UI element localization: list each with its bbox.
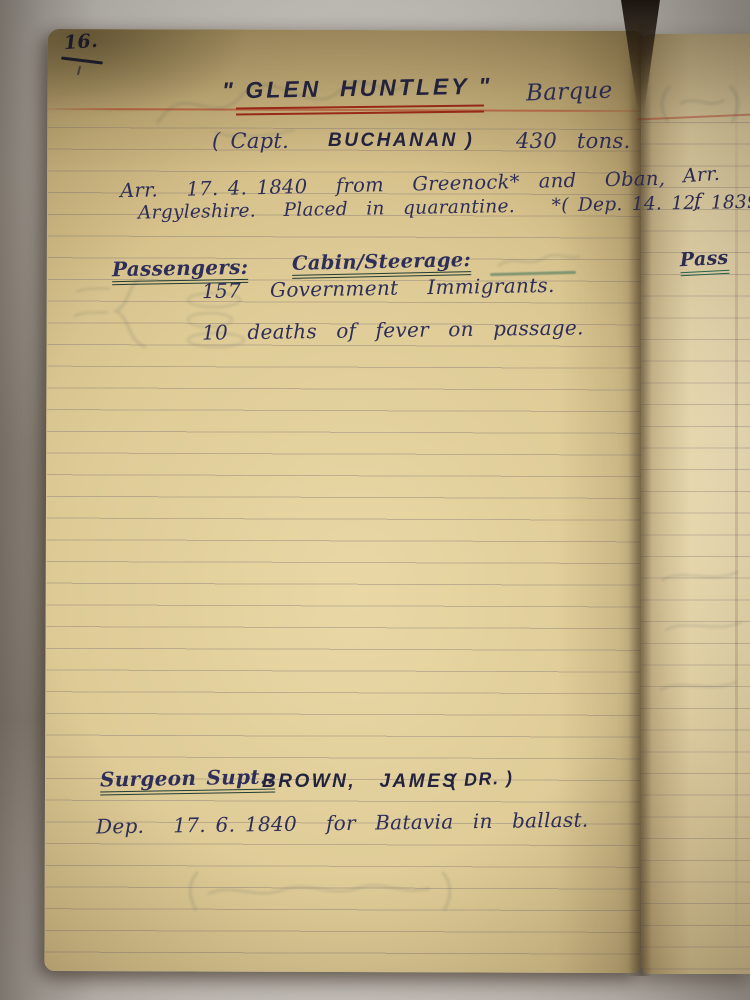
right-page-arrival-fragment: Arr.	[682, 165, 720, 187]
page-number: 16.	[63, 32, 98, 54]
right-page-passengers-fragment: Pass	[679, 249, 729, 276]
page-crease	[735, 34, 738, 974]
photograph-of-register-page: 16. " GLEN HUNTLEY " Barque ( Capt. BUCH…	[0, 0, 750, 1000]
bleed-through-mark	[652, 560, 747, 720]
surgeon-title: ( DR. )	[450, 768, 514, 790]
surgeon-name: BROWN, JAMES	[262, 772, 457, 792]
surgeon-label: Surgeon Supt.:	[100, 766, 275, 795]
bleed-through-mark	[654, 78, 746, 128]
bleed-through-mark	[180, 866, 460, 916]
right-page-second-line-fragment: f	[694, 190, 702, 211]
captain-prefix: ( Capt.	[212, 130, 289, 152]
ship-name: " GLEN HUNTLEY "	[222, 74, 493, 103]
deaths-note: 10 deaths of fever on passage.	[202, 317, 584, 343]
tonnage: 430 tons.	[516, 130, 631, 152]
captain-name: BUCHANAN )	[328, 131, 474, 151]
vessel-type: Barque	[526, 78, 613, 105]
